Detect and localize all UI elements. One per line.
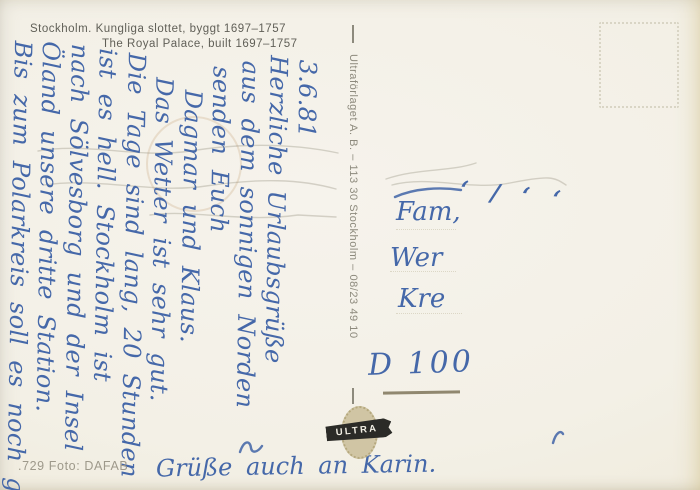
address-line-2: Wer xyxy=(390,243,442,273)
address-stray-marks: ‘ ∕ ‘ ‘ xyxy=(459,174,569,214)
ultra-logo-label: ULTRA xyxy=(335,423,382,439)
handwritten-message: 3.6.81 Herzliche Urlaubsgrüße aus dem so… xyxy=(0,41,322,488)
message-postscript: Grüße auch an Karin. xyxy=(156,450,437,483)
spine-divider-bottom xyxy=(352,388,354,404)
address-postal-code: D 100 xyxy=(367,344,474,383)
address-guide-line xyxy=(390,271,456,272)
address-line-3: Kre xyxy=(398,284,445,314)
address-guide-line xyxy=(396,313,462,314)
photo-credit: .729 Foto: DAFAB xyxy=(18,459,128,473)
address-line-1: Fam, xyxy=(396,197,461,227)
caption-swedish: Stockholm. Kungliga slottet, byggt 1697–… xyxy=(30,23,286,35)
address-guide-line xyxy=(396,229,456,230)
publisher-imprint: Ultraförlaget A. B. – 113 30 Stockholm –… xyxy=(347,54,359,339)
stamp-box xyxy=(599,22,679,108)
spine-divider-top xyxy=(352,25,354,43)
postcard: Stockholm. Kungliga slottet, byggt 1697–… xyxy=(0,0,700,490)
postal-code-underline xyxy=(383,390,460,394)
ultra-logo: ULTRA xyxy=(326,404,394,462)
